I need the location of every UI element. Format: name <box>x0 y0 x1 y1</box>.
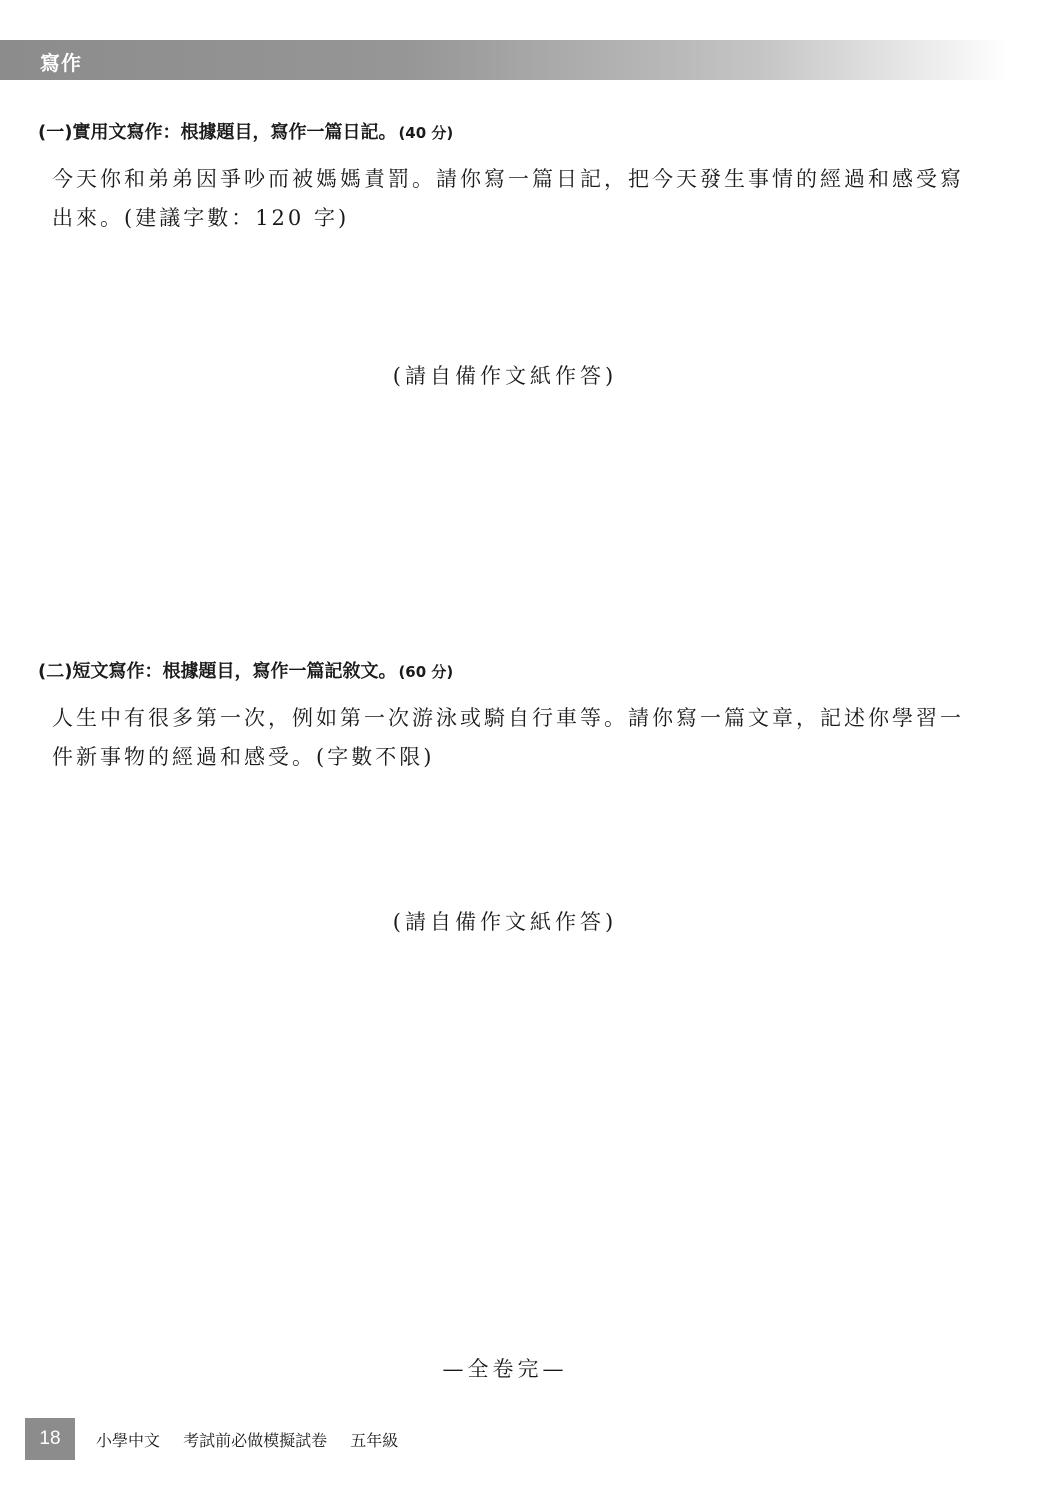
section-header-bar: 寫作 <box>0 40 1010 80</box>
end-of-paper-mark: —全卷完— <box>0 1353 1010 1383</box>
question-2-answer-note: (請自備作文紙作答) <box>0 906 1010 936</box>
question-1-heading: (一)實用文寫作：根據題目，寫作一篇日記。(40 分) <box>38 118 453 144</box>
question-1-title: (一)實用文寫作：根據題目，寫作一篇日記。 <box>38 122 396 143</box>
footer-subject: 小學中文 <box>96 1431 160 1450</box>
footer-book-title: 考試前必做模擬試卷 <box>183 1431 327 1450</box>
question-1-answer-note: (請自備作文紙作答) <box>0 360 1010 390</box>
page-footer: 18 小學中文 考試前必做模擬試卷 五年級 <box>25 1418 416 1460</box>
question-1-prompt: 今天你和弟弟因爭吵而被媽媽責罰。請你寫一篇日記，把今天發生事情的經過和感受寫出來… <box>52 160 972 238</box>
question-2-heading: (二)短文寫作：根據題目，寫作一篇記敘文。(60 分) <box>38 657 453 683</box>
question-1-score: (40 分) <box>398 124 453 142</box>
question-2-title: (二)短文寫作：根據題目，寫作一篇記敘文。 <box>38 661 396 682</box>
section-title: 寫作 <box>40 47 82 76</box>
footer-book-info: 小學中文 考試前必做模擬試卷 五年級 <box>96 1428 416 1451</box>
footer-grade: 五年級 <box>350 1431 398 1450</box>
page-number: 18 <box>25 1418 75 1460</box>
question-2-prompt: 人生中有很多第一次，例如第一次游泳或騎自行車等。請你寫一篇文章，記述你學習一件新… <box>52 699 972 777</box>
question-2-score: (60 分) <box>398 663 453 681</box>
